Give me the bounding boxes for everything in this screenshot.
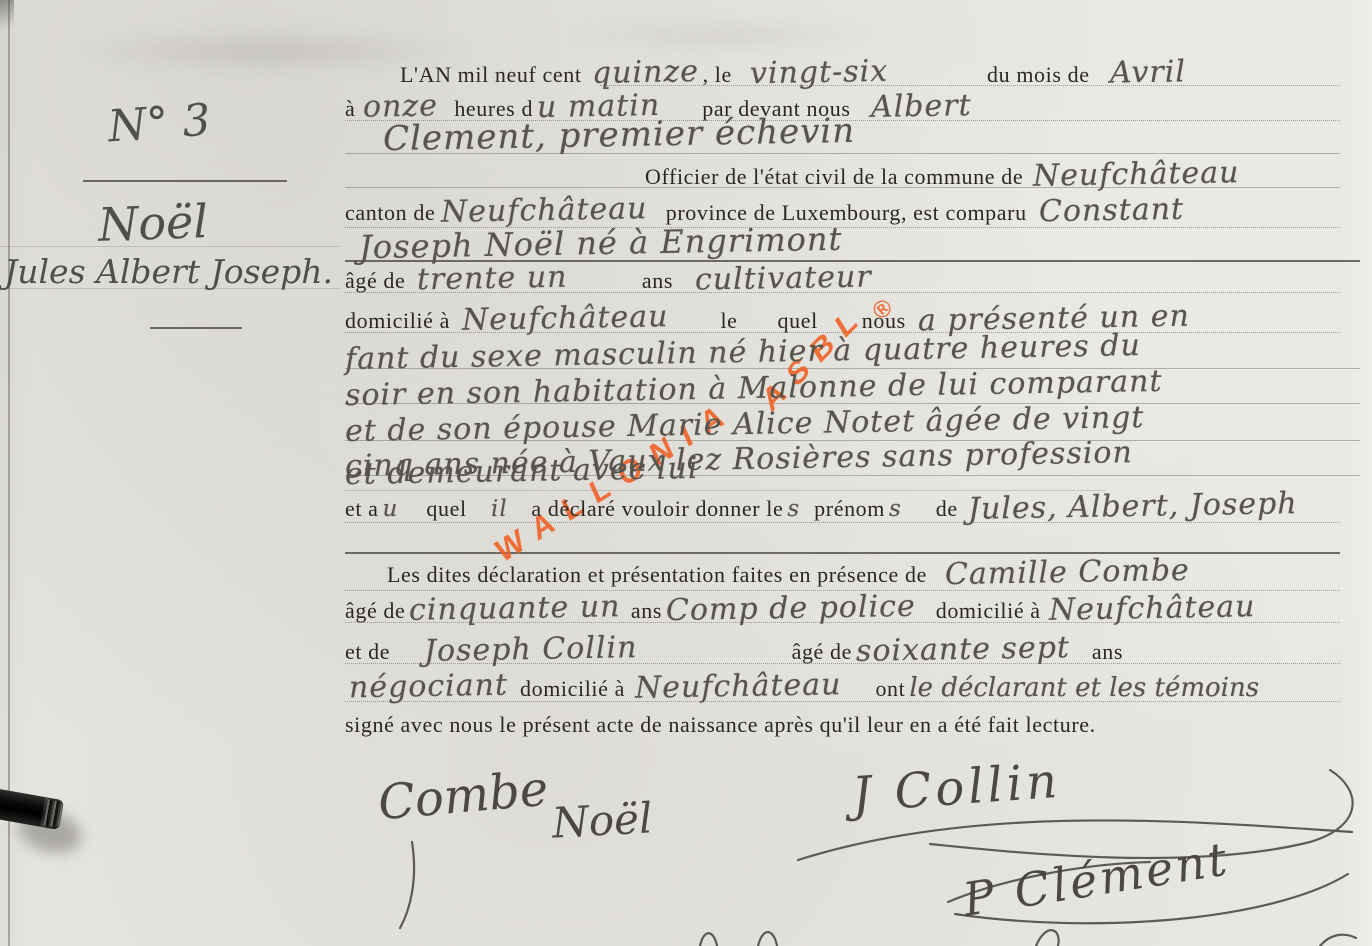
handwritten-entry: quinze	[591, 55, 699, 91]
margin-given-names: Jules Albert Joseph.	[4, 252, 333, 291]
handwritten-entry: u	[383, 496, 399, 522]
signature-witness-combe: Combe	[376, 761, 551, 832]
printed-text: Officier de l'état civil de la commune d…	[645, 164, 1023, 189]
printed-text: ans	[631, 598, 662, 623]
printed-text: de	[936, 496, 958, 521]
printed-text: signé avec nous le présent acte de naiss…	[345, 712, 1096, 737]
printed-text: domicilié à	[936, 598, 1041, 623]
printed-text: ans	[642, 268, 673, 293]
handwritten-entry: Neufchâteau	[462, 300, 669, 338]
handwritten-entry: vingt-six	[750, 55, 889, 91]
margin-act-number: N° 3	[106, 94, 212, 152]
handwritten-entry: Camille Combe	[945, 554, 1190, 592]
printed-text: canton de	[345, 200, 435, 225]
printed-text: domicilié à	[520, 676, 625, 701]
printed-text: ont	[875, 676, 905, 701]
printed-text: a déclaré vouloir donner le	[531, 496, 783, 521]
bleed-through-smudge	[560, 18, 880, 52]
handwritten-entry: Clement, premier échevin	[383, 114, 856, 156]
handwritten-entry: trente un	[417, 261, 568, 298]
handwritten-entry: soixante sept	[856, 631, 1070, 669]
handwritten-entry: et demeurant avec lui	[345, 454, 699, 490]
printed-text: quel	[426, 496, 466, 521]
printed-text: prénom	[814, 496, 885, 521]
handwritten-entry: Constant	[1038, 193, 1184, 230]
printed-text: le	[720, 308, 737, 333]
act-line-7: âgé de trente un ans cultivateur	[345, 262, 1365, 301]
handwritten-entry: Joseph Noël né à Engrimont	[359, 222, 843, 264]
printed-text: âgé de	[345, 268, 405, 293]
printed-text: âgé de	[792, 639, 852, 664]
printed-text: , le	[703, 62, 732, 87]
act-line-3: Clement, premier échevin	[345, 118, 1365, 159]
act-line-4: Officier de l'état civil de la commune d…	[345, 158, 1365, 197]
handwritten-entry: Neufchâteau	[1048, 590, 1255, 628]
signature-witness-collin: J Collin	[850, 753, 1062, 823]
handwritten-entry: Avril	[1109, 55, 1186, 90]
printed-text: L'AN mil neuf cent	[400, 62, 582, 87]
scanned-birth-record-page: WALLONIA ASBL ® N° 3 Noël Jules Albert J…	[0, 0, 1372, 946]
handwritten-entry: il	[490, 492, 507, 526]
margin-surname: Noël	[97, 194, 209, 252]
signature-declarant-noel: Noël	[551, 793, 654, 847]
printed-text: domicilié à	[345, 308, 450, 333]
scan-corner-mark	[0, 0, 14, 34]
margin-underline	[150, 327, 242, 329]
handwritten-entry: Joseph Collin	[424, 631, 638, 669]
act-line-18: négociant domicilié à Neufchâteau ont le…	[345, 670, 1365, 709]
printed-text: âgé de	[345, 598, 405, 623]
printed-text: ans	[1092, 639, 1123, 664]
printed-text: du mois de	[987, 62, 1090, 87]
handwritten-entry: le déclarant et les témoins	[909, 673, 1259, 703]
handwritten-entry: Comp de police	[666, 590, 916, 628]
handwritten-entry: s	[889, 496, 902, 522]
handwritten-entry: cinquante un	[409, 590, 621, 628]
handwritten-entry: Neufchâteau	[635, 668, 842, 706]
act-line-19: signé avec nous le présent acte de naiss…	[345, 708, 1365, 745]
handwritten-entry: négociant	[349, 669, 509, 706]
handwritten-entry: cultivateur	[695, 260, 872, 297]
act-line-14: et a u quel il a déclaré vouloir donner …	[345, 490, 1365, 529]
handwritten-entry: Neufchâteau	[1033, 156, 1240, 194]
signature-officer-clement: P Clément	[959, 831, 1233, 926]
act-line-16: âgé de cinquante un ans Comp de police d…	[345, 592, 1365, 631]
handwritten-entry: s	[787, 496, 800, 522]
rule-hand-drawn	[345, 552, 1340, 554]
printed-text: quel	[778, 308, 818, 333]
handwritten-entry: Jules, Albert, Joseph	[967, 487, 1297, 527]
printed-text: et de	[345, 639, 390, 664]
act-line-17: et de Joseph Collin âgé de soixante sept…	[345, 633, 1365, 672]
printed-text: Les dites déclaration et présentation fa…	[387, 562, 927, 587]
printed-text: et a	[345, 496, 379, 521]
printed-text: nous	[862, 308, 906, 333]
margin-underline	[83, 180, 287, 182]
